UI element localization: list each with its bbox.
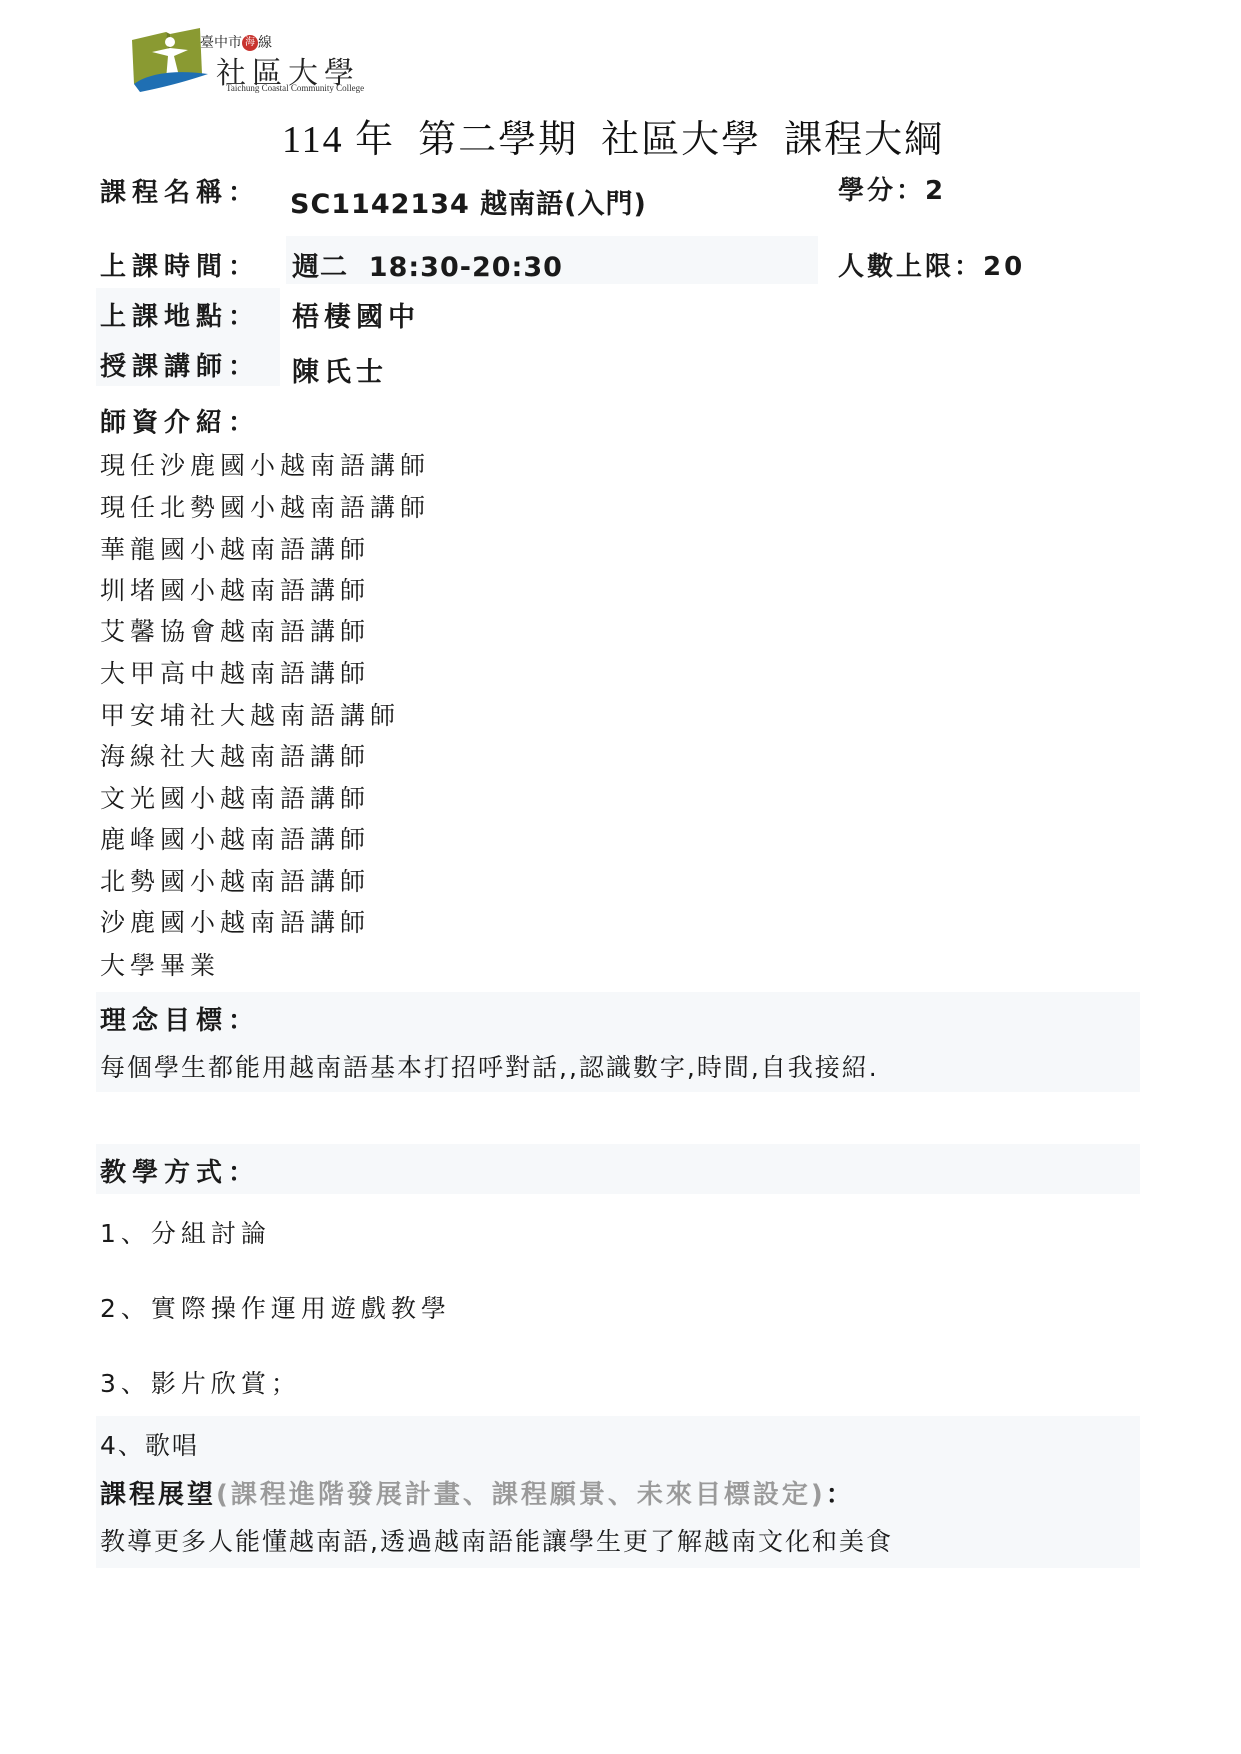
capacity-label: 人數上限： (838, 252, 983, 282)
bio-item: 圳堵國小越南語講師 (100, 571, 370, 607)
bio-item: 現任沙鹿國小越南語講師 (100, 446, 430, 482)
outlook-heading: 課程展望(課程進階發展計畫、課程願景、未來目標設定)： (100, 1474, 855, 1511)
capacity-value: 20 (983, 252, 1025, 282)
page-title: 114 年 第二學期 社區大學 課程大綱 (282, 108, 944, 163)
method-item: 1、分組討論 (100, 1214, 271, 1250)
bio-item: 大甲高中越南語講師 (100, 654, 370, 690)
logo-book-icon (130, 28, 210, 94)
teacher-value: 陳氏士 (292, 350, 388, 389)
teacher-label: 授課講師： (100, 346, 260, 383)
bio-item: 沙鹿國小越南語講師 (100, 903, 370, 939)
course-name-label: 課程名稱： (100, 172, 260, 209)
bio-item: 北勢國小越南語講師 (100, 862, 370, 898)
method-item: 2、實際操作運用遊戲教學 (100, 1289, 451, 1325)
capacity-field: 人數上限：20 (838, 246, 1025, 283)
credit-value: 2 (925, 176, 946, 206)
bio-item: 華龍國小越南語講師 (100, 530, 370, 566)
college-logo: 臺中市海線 社區大學 Taichung Coastal Community Co… (130, 28, 380, 94)
methods-label: 教學方式： (100, 1152, 260, 1189)
location-value: 梧棲國中 (292, 295, 420, 334)
method-item: 4、歌唱 (100, 1426, 199, 1462)
course-name-value: SC1142134 越南語(入門) (290, 182, 647, 221)
bio-item: 鹿峰國小越南語講師 (100, 820, 370, 856)
bio-item: 艾馨協會越南語講師 (100, 612, 370, 648)
bio-item: 海線社大越南語講師 (100, 737, 370, 773)
bio-item: 甲安埔社大越南語講師 (100, 696, 400, 732)
logo-english-text: Taichung Coastal Community College (226, 83, 364, 93)
outlook-text: 教導更多人能懂越南語,透過越南語能讓學生更了解越南文化和美食 (100, 1522, 893, 1558)
goals-label: 理念目標： (100, 1000, 260, 1037)
credit-label: 學分： (838, 176, 925, 206)
bio-label: 師資介紹： (100, 402, 260, 439)
outlook-hint: (課程進階發展計畫、課程願景、未來目標設定) (216, 1480, 826, 1510)
bio-item: 文光國小越南語講師 (100, 779, 370, 815)
method-item: 3、影片欣賞； (100, 1364, 301, 1400)
time-value: 週二 18:30-20:30 (292, 245, 563, 284)
bio-item: 現任北勢國小越南語講師 (100, 488, 430, 524)
outlook-colon: ： (826, 1480, 855, 1510)
time-label: 上課時間： (100, 246, 260, 283)
location-label: 上課地點： (100, 296, 260, 333)
credit-field: 學分：2 (838, 170, 946, 207)
outlook-label: 課程展望 (100, 1480, 216, 1510)
goals-text: 每個學生都能用越南語基本打招呼對話,,認識數字,時間,自我接紹. (100, 1048, 879, 1084)
bio-item: 大學畢業 (100, 946, 220, 982)
